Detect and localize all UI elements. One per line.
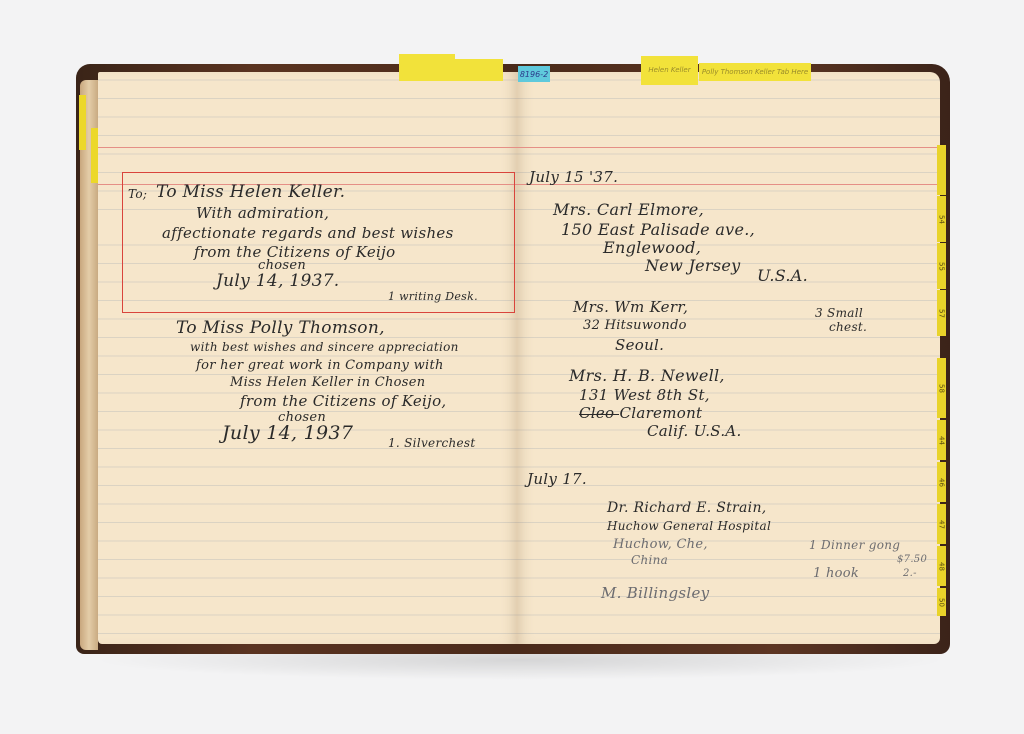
gift-item: 1. Silverchest: [388, 436, 476, 450]
entry-line: for her great work in Company with: [196, 358, 444, 373]
side-tab[interactable]: 55: [937, 243, 946, 289]
signature: M. Billingsley: [601, 584, 709, 602]
side-tab[interactable]: 58: [937, 358, 946, 418]
entry-line: Cleo Claremont: [579, 404, 702, 422]
gift-item: 1 hook: [813, 566, 859, 581]
entry-date: July 14, 1937: [222, 422, 353, 444]
gift-item: 1 Dinner gong: [809, 538, 900, 552]
side-tab[interactable]: 54: [937, 196, 946, 242]
entry-line: Mrs. H. B. Newell,: [569, 366, 725, 385]
gift-item: chest.: [829, 320, 867, 334]
left-yellow-tab: [91, 128, 98, 183]
top-tab-blue[interactable]: 8196-2: [518, 66, 550, 82]
entry-line: Mrs. Wm Kerr,: [573, 298, 688, 316]
side-tab[interactable]: 47: [937, 504, 946, 544]
left-yellow-tab: [79, 95, 86, 150]
side-tab[interactable]: 46: [937, 462, 946, 502]
side-tab[interactable]: 50: [937, 588, 946, 616]
entry-line: 150 East Palisade ave.,: [561, 220, 755, 239]
top-tab[interactable]: [399, 54, 455, 81]
entry-line: affectionate regards and best wishes: [162, 224, 454, 242]
entry-line: Huchow General Hospital: [607, 519, 771, 533]
entry-line: With admiration,: [196, 204, 329, 222]
left-page: To; To Miss Helen Keller. With admiratio…: [98, 72, 517, 644]
entry-line: To Miss Helen Keller.: [156, 182, 345, 202]
entry-line: 32 Hitsuwondo: [583, 318, 687, 333]
entry-line: with best wishes and sincere appreciatio…: [190, 340, 459, 354]
gift-price: 2.-: [903, 568, 917, 579]
gift-item: 1 writing Desk.: [388, 290, 478, 303]
entry-date: July 15 '37.: [529, 168, 618, 186]
side-tab[interactable]: 57: [937, 290, 946, 336]
side-tab[interactable]: 44: [937, 420, 946, 460]
top-tab-polly-thomson[interactable]: Polly Thomson Keller Tab Here: [699, 63, 811, 81]
entry-line: Calif. U.S.A.: [647, 422, 742, 440]
strike-through-line: [579, 414, 619, 415]
entry-prefix: To;: [128, 187, 147, 201]
side-tab[interactable]: [937, 145, 946, 195]
top-tab[interactable]: [455, 59, 503, 81]
red-margin-rule: [98, 147, 517, 148]
right-page: July 15 '37. Mrs. Carl Elmore, 150 East …: [517, 72, 940, 644]
side-tab[interactable]: 48: [937, 546, 946, 586]
entry-date: July 14, 1937.: [216, 271, 340, 291]
entry-line: from the Citizens of Keijo,: [240, 392, 446, 410]
entry-line: Huchow, Che,: [613, 537, 708, 552]
entry-line: New Jersey: [645, 256, 741, 275]
entry-line: U.S.A.: [757, 266, 808, 285]
top-tab-helen-keller[interactable]: Helen Keller: [641, 56, 698, 85]
gift-price: $7.50: [897, 554, 927, 565]
entry-line: China: [631, 553, 668, 567]
entry-line: Seoul.: [615, 336, 664, 354]
entry-line: To Miss Polly Thomson,: [176, 318, 385, 338]
entry-line: Englewood,: [603, 238, 701, 257]
red-margin-rule: [517, 147, 940, 148]
entry-line: Mrs. Carl Elmore,: [553, 200, 704, 219]
entry-line: Dr. Richard E. Strain,: [607, 500, 767, 516]
entry-line: Miss Helen Keller in Chosen: [230, 375, 425, 390]
entry-date: July 17.: [527, 470, 587, 488]
entry-line: 131 West 8th St,: [579, 386, 710, 404]
gift-item: 3 Small: [815, 306, 863, 320]
